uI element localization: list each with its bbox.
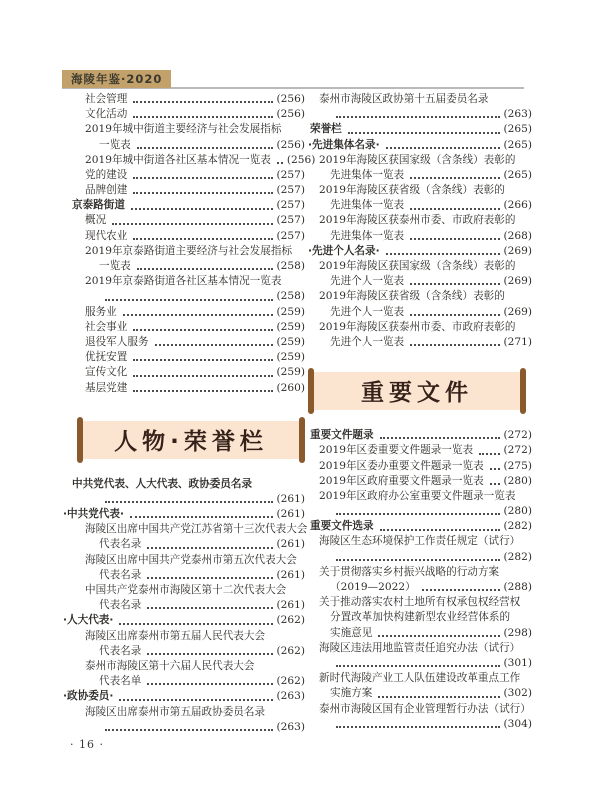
toc-row: 党的建设(257) (62, 168, 305, 183)
toc-row: 先进个人一览表(269) (306, 274, 532, 289)
dot-leader (380, 437, 500, 439)
toc-row: 一览表(258) (62, 259, 305, 274)
toc-entry-title: 2019年海陵区获国家级（含条线）表彰的 (319, 259, 515, 274)
toc-entry-page: (259) (277, 305, 306, 320)
dot-leader (147, 577, 272, 579)
toc-row: 2019年区政府办公室重要文件题录一览表 (306, 489, 532, 504)
toc-entry-title: 2019年海陵区获省级（含条线）表彰的 (319, 289, 505, 304)
dot-leader (133, 375, 272, 377)
dot-leader (133, 359, 272, 361)
toc-row: 先进个人一览表(271) (306, 335, 532, 350)
toc-row: (261) (62, 492, 305, 507)
toc-entry-page: (265) (504, 168, 533, 183)
section-banner-title: 重要文件 (308, 374, 526, 407)
toc-row: 2019年区委办重要文件题录一览表(275) (306, 459, 532, 474)
dot-leader (422, 589, 500, 591)
toc-row: (258) (62, 289, 305, 304)
dot-leader (130, 516, 272, 518)
toc-entry-title: 2019年区政府重要文件题录一览表 (319, 474, 484, 489)
dot-leader (137, 147, 273, 149)
toc-row: ·先进个人名录·(269) (306, 244, 532, 259)
toc-row: 新时代海陵产业工人队伍建设改革重点工作 (306, 671, 532, 686)
toc-row: 分置改革加快构建新型农业经营体系的 (306, 610, 532, 625)
toc-entry-page: (258) (277, 259, 306, 274)
toc-row: ·政协委员·(263) (62, 689, 305, 704)
toc-entry-page: (257) (277, 198, 306, 213)
toc-entry-page: (259) (277, 335, 306, 350)
dot-leader (105, 729, 273, 731)
toc-entry-title: ·人大代表· (63, 613, 113, 628)
toc-entry-title: 泰州市海陵区政协第十五届委员名录 (319, 92, 489, 107)
toc-row: 2019年区政府重要文件题录一览表(280) (306, 474, 532, 489)
toc-entry-title: 关于贯彻落实乡村振兴战略的行动方案 (319, 565, 499, 580)
toc-entry-title: 关于推动落实农村土地所有权承包权经营权 (319, 595, 520, 610)
toc-entry-page: (280) (504, 474, 533, 489)
toc-entry-page: (261) (277, 507, 306, 522)
toc-row: (263) (306, 107, 532, 122)
toc-row: 泰州市海陵区国有企业管理暂行办法（试行） (306, 702, 532, 717)
dot-leader (133, 238, 272, 240)
dot-leader (105, 299, 273, 301)
toc-row: （2019—2022）(288) (306, 580, 532, 595)
toc-entry-title: 一览表 (99, 259, 131, 274)
toc-entry-title: 现代农业 (85, 229, 127, 244)
toc-entry-title: 社会管理 (85, 92, 127, 107)
toc-entry-title: 概况 (85, 213, 106, 228)
toc-row: 海陵区违法用地监管责任追究办法（试行） (306, 641, 532, 656)
toc-entry-title: 京泰路街道 (72, 198, 125, 213)
toc-entry-page: (304) (504, 717, 533, 732)
toc-entry-page: (269) (504, 305, 533, 320)
toc-entry-page: (261) (277, 537, 306, 552)
toc-row: 中共党代表、人大代表、政协委员名录 (62, 477, 305, 492)
toc-entry-title: 服务业 (85, 305, 117, 320)
toc-entry-title: 2019年海陵区获国家级（含条线）表彰的 (319, 153, 515, 168)
toc-entry-title: 2019年城中街道各社区基本情况一览表 (85, 153, 271, 168)
toc-entry-page: (280) (504, 504, 533, 519)
toc-row: 2019年区委重要文件题录一览表(272) (306, 443, 532, 458)
toc-entry-title: （2019—2022） (330, 580, 416, 595)
toc-entry-page: (261) (277, 492, 306, 507)
toc-entry-page: (259) (277, 350, 306, 365)
toc-entry-title: 代表名录 (99, 598, 141, 613)
toc-entry-title: 代表名录 (99, 568, 141, 583)
section-banner-title: 人物·荣誉栏 (77, 423, 305, 456)
toc-entry-page: (269) (504, 274, 533, 289)
toc-row: 实施方案(302) (306, 686, 532, 701)
toc-entry-title: 先进集体一览表 (330, 229, 404, 244)
toc-row: 中国共产党泰州市海陵区第十二次代表大会 (62, 583, 305, 598)
toc-row: 海陵区生态环境保护工作责任规定（试行） (306, 535, 532, 550)
toc-row: 2019年海陵区获省级（含条线）表彰的 (306, 289, 532, 304)
toc-entry-title: 代表名单 (99, 674, 141, 689)
dot-leader (336, 513, 500, 515)
dot-leader (147, 547, 272, 549)
toc-entry-title: ·政协委员· (63, 689, 113, 704)
toc-entry-page: (262) (277, 644, 306, 659)
dot-leader (147, 653, 272, 655)
toc-entry-title: 中国共产党泰州市海陵区第十二次代表大会 (85, 583, 286, 598)
toc-entry-title: 宣传文化 (85, 365, 127, 380)
toc-row: 重要文件题录(272) (306, 428, 532, 443)
toc-entry-title: 中共党代表、人大代表、政协委员名录 (72, 477, 252, 492)
toc-entry-title: ·中共党代表· (63, 507, 124, 522)
dot-leader (386, 147, 500, 149)
dot-leader (410, 177, 499, 179)
toc-entry-page: (256) (277, 107, 306, 122)
dot-leader (147, 607, 272, 609)
dot-leader (348, 132, 500, 134)
toc-row: ·先进集体名录·(265) (306, 138, 532, 153)
toc-entry-page: (261) (277, 568, 306, 583)
toc-entry-page: (265) (504, 138, 533, 153)
toc-row: (304) (306, 717, 532, 732)
toc-entry-title: 泰州市海陵区第十六届人民代表大会 (85, 659, 255, 674)
toc-row: 2019年海陵区获国家级（含条线）表彰的 (306, 259, 532, 274)
toc-row: 泰州市海陵区政协第十五届委员名录 (306, 92, 532, 107)
toc-row: 基层党建(260) (62, 381, 305, 396)
toc-entry-page: (302) (504, 686, 533, 701)
toc-entry-title: 荣誉栏 (310, 122, 342, 137)
toc-row: (263) (62, 720, 305, 735)
toc-entry-title: 社会事业 (85, 320, 127, 335)
toc-entry-page: (259) (277, 365, 306, 380)
toc-row: 重要文件选录(282) (306, 519, 532, 534)
toc-entry-title: 海陵区生态环境保护工作责任规定（试行） (319, 534, 520, 549)
dot-leader (336, 559, 500, 561)
dot-leader (410, 314, 499, 316)
dot-leader (147, 683, 272, 685)
toc-entry-title: ·先进个人名录· (308, 244, 380, 259)
toc-entry-title: 先进集体一览表 (330, 168, 404, 183)
dot-leader (410, 344, 499, 346)
toc-entry-title: 海陵区出席泰州市第五届人民代表大会 (85, 629, 265, 644)
toc-entry-title: 重要文件题录 (310, 428, 374, 443)
toc-row: 一览表(256) (62, 138, 305, 153)
toc-entry-page: (301) (504, 656, 533, 671)
toc-entry-title: 优抚安置 (85, 350, 127, 365)
toc-entry-title: 2019年城中街道主要经济与社会发展指标 (85, 122, 281, 137)
toc-row: 代表名录(261) (62, 568, 305, 583)
toc-entry-title: 先进集体一览表 (330, 198, 404, 213)
toc-row: 2019年海陵区获泰州市委、市政府表彰的 (306, 214, 532, 229)
dot-leader (378, 635, 499, 637)
dot-leader (133, 329, 272, 331)
toc-row: 京泰路街道(257) (62, 198, 305, 213)
toc-entry-title: 先进个人一览表 (330, 335, 404, 350)
toc-entry-title: 品牌创建 (85, 183, 127, 198)
yearbook-toc-page: 海陵年鉴·2020 社会管理(256)文化活动(256)2019年城中街道主要经… (0, 0, 600, 808)
toc-entry-title: 先进个人一览表 (330, 305, 404, 320)
toc-row: 2019年京泰路街道主要经济与社会发展指标 (62, 244, 305, 259)
dot-leader (410, 238, 499, 240)
toc-entry-title: 2019年京泰路街道主要经济与社会发展指标 (85, 244, 292, 259)
toc-entry-page: (298) (504, 626, 533, 641)
toc-row: 社会事业(259) (62, 320, 305, 335)
toc-row: 先进集体一览表(265) (306, 168, 532, 183)
dot-leader (131, 208, 273, 210)
toc-row: 2019年京泰路街道各社区基本情况一览表 (62, 274, 305, 289)
toc-row: 代表名单(262) (62, 674, 305, 689)
dot-leader (112, 223, 272, 225)
toc-row: 文化活动(256) (62, 107, 305, 122)
edition-badge: 海陵年鉴·2020 (62, 70, 171, 88)
dot-leader (119, 623, 272, 625)
toc-entry-page: (259) (277, 320, 306, 335)
toc-row: 优抚安置(259) (62, 350, 305, 365)
toc-entry-title: 2019年区政府办公室重要文件题录一览表 (319, 489, 515, 504)
toc-row: 海陵区出席泰州市第五届政协委员名录 (62, 705, 305, 720)
toc-row: (280) (306, 504, 532, 519)
dot-leader (119, 699, 272, 701)
toc-row: 泰州市海陵区第十六届人民代表大会 (62, 659, 305, 674)
toc-row: 品牌创建(257) (62, 183, 305, 198)
toc-entry-title: 退役军人服务 (85, 335, 149, 350)
toc-entry-title: 实施方案 (330, 686, 372, 701)
toc-entry-page: (265) (504, 122, 533, 137)
toc-entry-title: 代表名录 (99, 537, 141, 552)
dot-leader (105, 501, 273, 503)
toc-entry-page: (269) (504, 244, 533, 259)
toc-column-right: 泰州市海陵区政协第十五届委员名录(263)荣誉栏(265)·先进集体名录·(26… (306, 92, 532, 732)
toc-entry-title: 一览表 (99, 138, 131, 153)
dot-leader (336, 116, 500, 118)
dot-leader (133, 177, 272, 179)
toc-row: 海陵区出席泰州市第五届人民代表大会 (62, 629, 305, 644)
page-number: · 16 · (70, 738, 104, 751)
toc-entry-title: 基层党建 (85, 381, 127, 396)
toc-entry-page: (272) (504, 428, 533, 443)
toc-entry-title: 2019年海陵区获省级（含条线）表彰的 (319, 183, 505, 198)
toc-row: 宣传文化(259) (62, 365, 305, 380)
toc-entry-title: 党的建设 (85, 168, 127, 183)
toc-entry-title: 泰州市海陵区国有企业管理暂行办法（试行） (319, 702, 531, 717)
toc-entry-title: 先进个人一览表 (330, 274, 404, 289)
toc-entry-title: 海陵区出席泰州市第五届政协委员名录 (85, 705, 265, 720)
toc-entry-page: (257) (277, 168, 306, 183)
dot-leader (133, 116, 272, 118)
toc-row: 先进集体一览表(266) (306, 198, 532, 213)
dot-leader (410, 208, 499, 210)
dot-leader (137, 268, 273, 270)
toc-row: 实施意见(298) (306, 626, 532, 641)
toc-entry-page: (257) (277, 213, 306, 228)
toc-column-left: 社会管理(256)文化活动(256)2019年城中街道主要经济与社会发展指标一览… (62, 92, 305, 735)
toc-row: 海陵区出席中国共产党江苏省第十三次代表大会 (62, 522, 305, 537)
dot-leader (155, 344, 273, 346)
toc-entry-page: (272) (504, 443, 533, 458)
toc-entry-page: (262) (277, 613, 306, 628)
toc-entry-title: 实施意见 (330, 626, 372, 641)
toc-entry-page: (261) (277, 598, 306, 613)
toc-row: 2019年海陵区获省级（含条线）表彰的 (306, 183, 532, 198)
toc-row: 退役军人服务(259) (62, 335, 305, 350)
toc-row: 2019年城中街道各社区基本情况一览表(256) (62, 153, 305, 168)
dot-leader (490, 483, 500, 485)
toc-entry-page: (271) (504, 335, 533, 350)
toc-row: 2019年海陵区获泰州市委、市政府表彰的 (306, 320, 532, 335)
toc-entry-title: 2019年区委办重要文件题录一览表 (319, 459, 484, 474)
toc-entry-title: 海陵区出席中国共产党江苏省第十三次代表大会 (85, 522, 307, 537)
toc-entry-page: (275) (504, 459, 533, 474)
toc-row: 代表名录(261) (62, 598, 305, 613)
toc-row: 代表名录(262) (62, 644, 305, 659)
dot-leader (410, 283, 499, 285)
toc-row: 关于贯彻落实乡村振兴战略的行动方案 (306, 565, 532, 580)
toc-row: 先进个人一览表(269) (306, 305, 532, 320)
dot-leader (277, 162, 283, 164)
toc-entry-title: 分置改革加快构建新型农业经营体系的 (330, 610, 510, 625)
toc-entry-page: (266) (504, 198, 533, 213)
toc-row: 社会管理(256) (62, 92, 305, 107)
toc-row: 服务业(259) (62, 305, 305, 320)
toc-entry-page: (256) (277, 138, 306, 153)
toc-entry-page: (256) (277, 92, 306, 107)
section-banner: 重要文件 (308, 368, 526, 414)
toc-entry-page: (260) (277, 381, 306, 396)
dot-leader (380, 529, 500, 531)
toc-entry-page: (262) (277, 674, 306, 689)
toc-entry-page: (288) (504, 580, 533, 595)
dot-leader (490, 468, 500, 470)
dot-leader (133, 192, 272, 194)
toc-entry-title: 2019年海陵区获泰州市委、市政府表彰的 (319, 213, 515, 228)
toc-row: 海陵区出席中国共产党泰州市第五次代表大会 (62, 553, 305, 568)
toc-entry-page: (263) (277, 689, 306, 704)
toc-entry-title: 海陵区违法用地监管责任追究办法（试行） (319, 641, 520, 656)
toc-row: 关于推动落实农村土地所有权承包权经营权 (306, 595, 532, 610)
section-banner: 人物·荣誉栏 (77, 417, 305, 463)
toc-entry-title: 新时代海陵产业工人队伍建设改革重点工作 (319, 671, 520, 686)
dot-leader (479, 453, 499, 455)
toc-entry-page: (257) (277, 229, 306, 244)
toc-row: 代表名录(261) (62, 538, 305, 553)
toc-entry-title: 重要文件选录 (310, 519, 374, 534)
dot-leader (133, 101, 272, 103)
toc-row: (301) (306, 656, 532, 671)
toc-row: 先进集体一览表(268) (306, 229, 532, 244)
toc-entry-page: (263) (504, 107, 533, 122)
toc-row: 概况(257) (62, 214, 305, 229)
toc-entry-page: (258) (277, 289, 306, 304)
toc-entry-page: (268) (504, 229, 533, 244)
dot-leader (133, 390, 272, 392)
toc-entry-title: 代表名录 (99, 644, 141, 659)
dot-leader (386, 253, 500, 255)
toc-row: 2019年海陵区获国家级（含条线）表彰的 (306, 153, 532, 168)
toc-entry-title: 海陵区出席中国共产党泰州市第五次代表大会 (85, 553, 297, 568)
dot-leader (336, 726, 500, 728)
toc-entry-title: 2019年海陵区获泰州市委、市政府表彰的 (319, 320, 515, 335)
toc-entry-page: (282) (504, 550, 533, 565)
toc-row: ·人大代表·(262) (62, 613, 305, 628)
toc-entry-page: (263) (277, 720, 306, 735)
toc-entry-title: ·先进集体名录· (308, 138, 380, 153)
toc-row: ·中共党代表·(261) (62, 507, 305, 522)
toc-entry-page: (282) (504, 519, 533, 534)
toc-entry-title: 文化活动 (85, 107, 127, 122)
dot-leader (123, 314, 273, 316)
toc-entry-title: 2019年京泰路街道各社区基本情况一览表 (85, 274, 281, 289)
toc-row: (282) (306, 550, 532, 565)
toc-row: 2019年城中街道主要经济与社会发展指标 (62, 122, 305, 137)
toc-row: 现代农业(257) (62, 229, 305, 244)
toc-row: 荣誉栏(265) (306, 122, 532, 137)
toc-entry-page: (257) (277, 183, 306, 198)
toc-entry-title: 2019年区委重要文件题录一览表 (319, 443, 473, 458)
dot-leader (336, 665, 500, 667)
dot-leader (378, 696, 499, 698)
